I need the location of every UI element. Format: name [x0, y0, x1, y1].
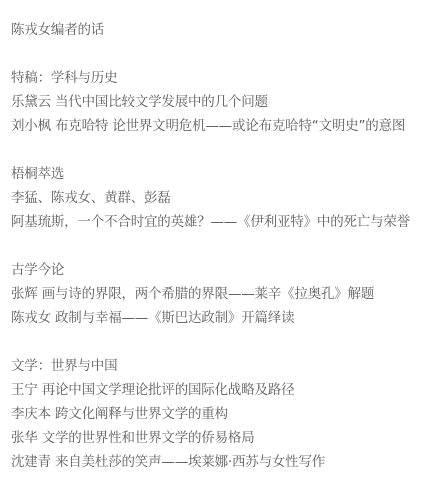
list-item: 沈建青 来自美杜莎的笑声——埃莱娜·西苏与女性写作: [11, 450, 441, 474]
list-item: 李猛、陈戎女、黄群、彭磊: [11, 186, 441, 210]
list-item: 陈戎女 政制与幸福——《斯巴达政制》开篇绎读: [11, 306, 441, 330]
editor-note: 陈戎女编者的话: [11, 18, 441, 42]
list-item: 刘小枫 布克哈特 论世界文明危机——或论布克哈特“文明史”的意图: [11, 114, 441, 138]
list-item: 张华 文学的世界性和世界文学的侨易格局: [11, 426, 441, 450]
list-item: 李庆本 跨文化阐释与世界文学的重构: [11, 402, 441, 426]
list-item: 张辉 画与诗的界限，两个希腊的界限——莱辛《拉奥孔》解题: [11, 282, 441, 306]
spacer: [11, 234, 441, 258]
list-item: 乐黛云 当代中国比较文学发展中的几个问题: [11, 90, 441, 114]
section-heading: 文学：世界与中国: [11, 354, 441, 378]
section-heading: 古学今论: [11, 258, 441, 282]
section-heading: 梧桐萃选: [11, 162, 441, 186]
section-heading: 特稿：学科与历史: [11, 66, 441, 90]
list-item: 王宁 再论中国文学理论批评的国际化战略及路径: [11, 378, 441, 402]
spacer: [11, 138, 441, 162]
list-item: 阿基琉斯，一个不合时宜的英雄？——《伊利亚特》中的死亡与荣誉: [11, 210, 441, 234]
table-of-contents: 陈戎女编者的话 特稿：学科与历史 乐黛云 当代中国比较文学发展中的几个问题 刘小…: [11, 18, 441, 474]
spacer: [11, 42, 441, 66]
spacer: [11, 330, 441, 354]
